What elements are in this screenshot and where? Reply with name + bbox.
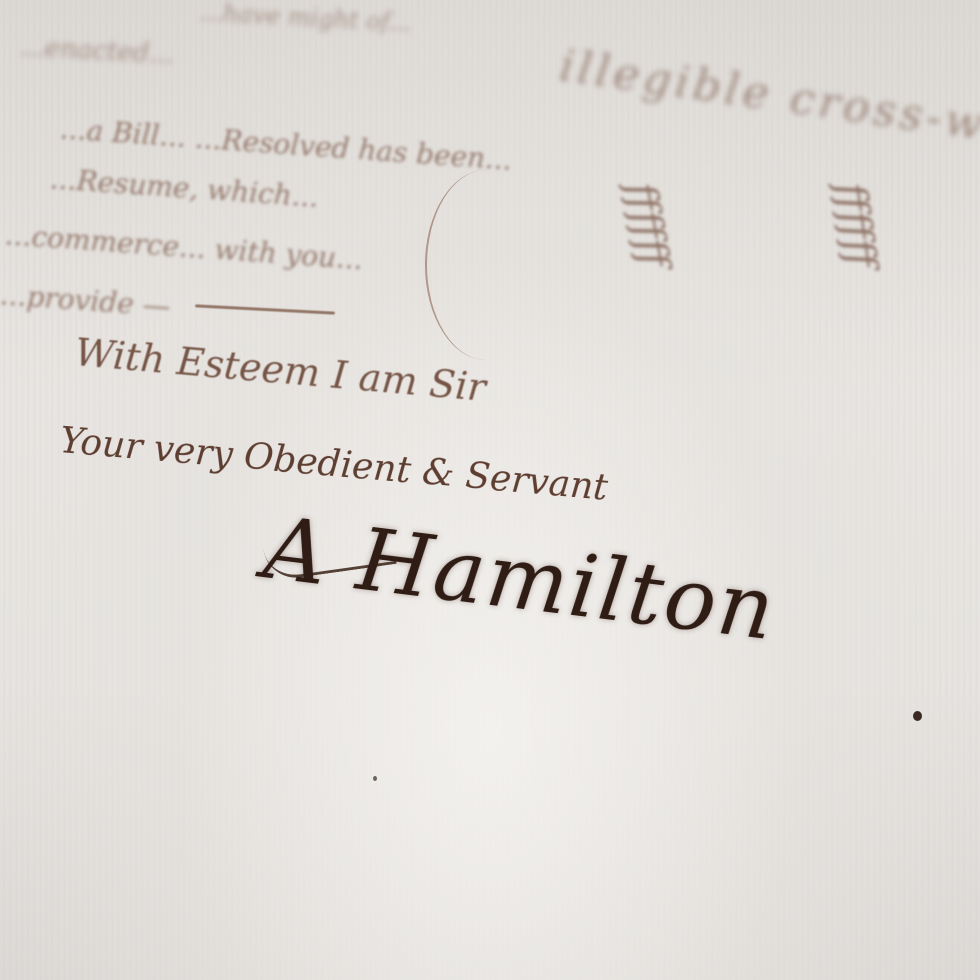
letter-photograph: ...have might of... ...enacted... ...a B… <box>0 0 980 980</box>
letter-line-1: ...have might of... <box>199 0 412 37</box>
closing-line-1: With Esteem I am Sir <box>73 330 487 410</box>
ink-speck <box>373 776 377 781</box>
letter-line-6: ...provide — <box>0 278 172 323</box>
closing-line-2: Your very Obedient & Servant <box>58 420 609 509</box>
signature: A Hamilton <box>259 498 781 660</box>
dash-stroke <box>195 304 335 314</box>
letter-line-2: ...enacted... <box>19 32 175 70</box>
letter-line-4: ...Resume, which... <box>49 162 320 214</box>
ink-speck <box>913 711 922 721</box>
cross-writing-block: illegible cross-written text (right marg… <box>556 40 980 242</box>
letter-line-5: ...commerce... with you... <box>4 218 364 276</box>
cross-writing-vertical-1: ffffff <box>617 179 677 271</box>
cross-writing-vertical-2: ffffff <box>827 180 884 271</box>
pen-flourish-loop <box>425 170 547 360</box>
